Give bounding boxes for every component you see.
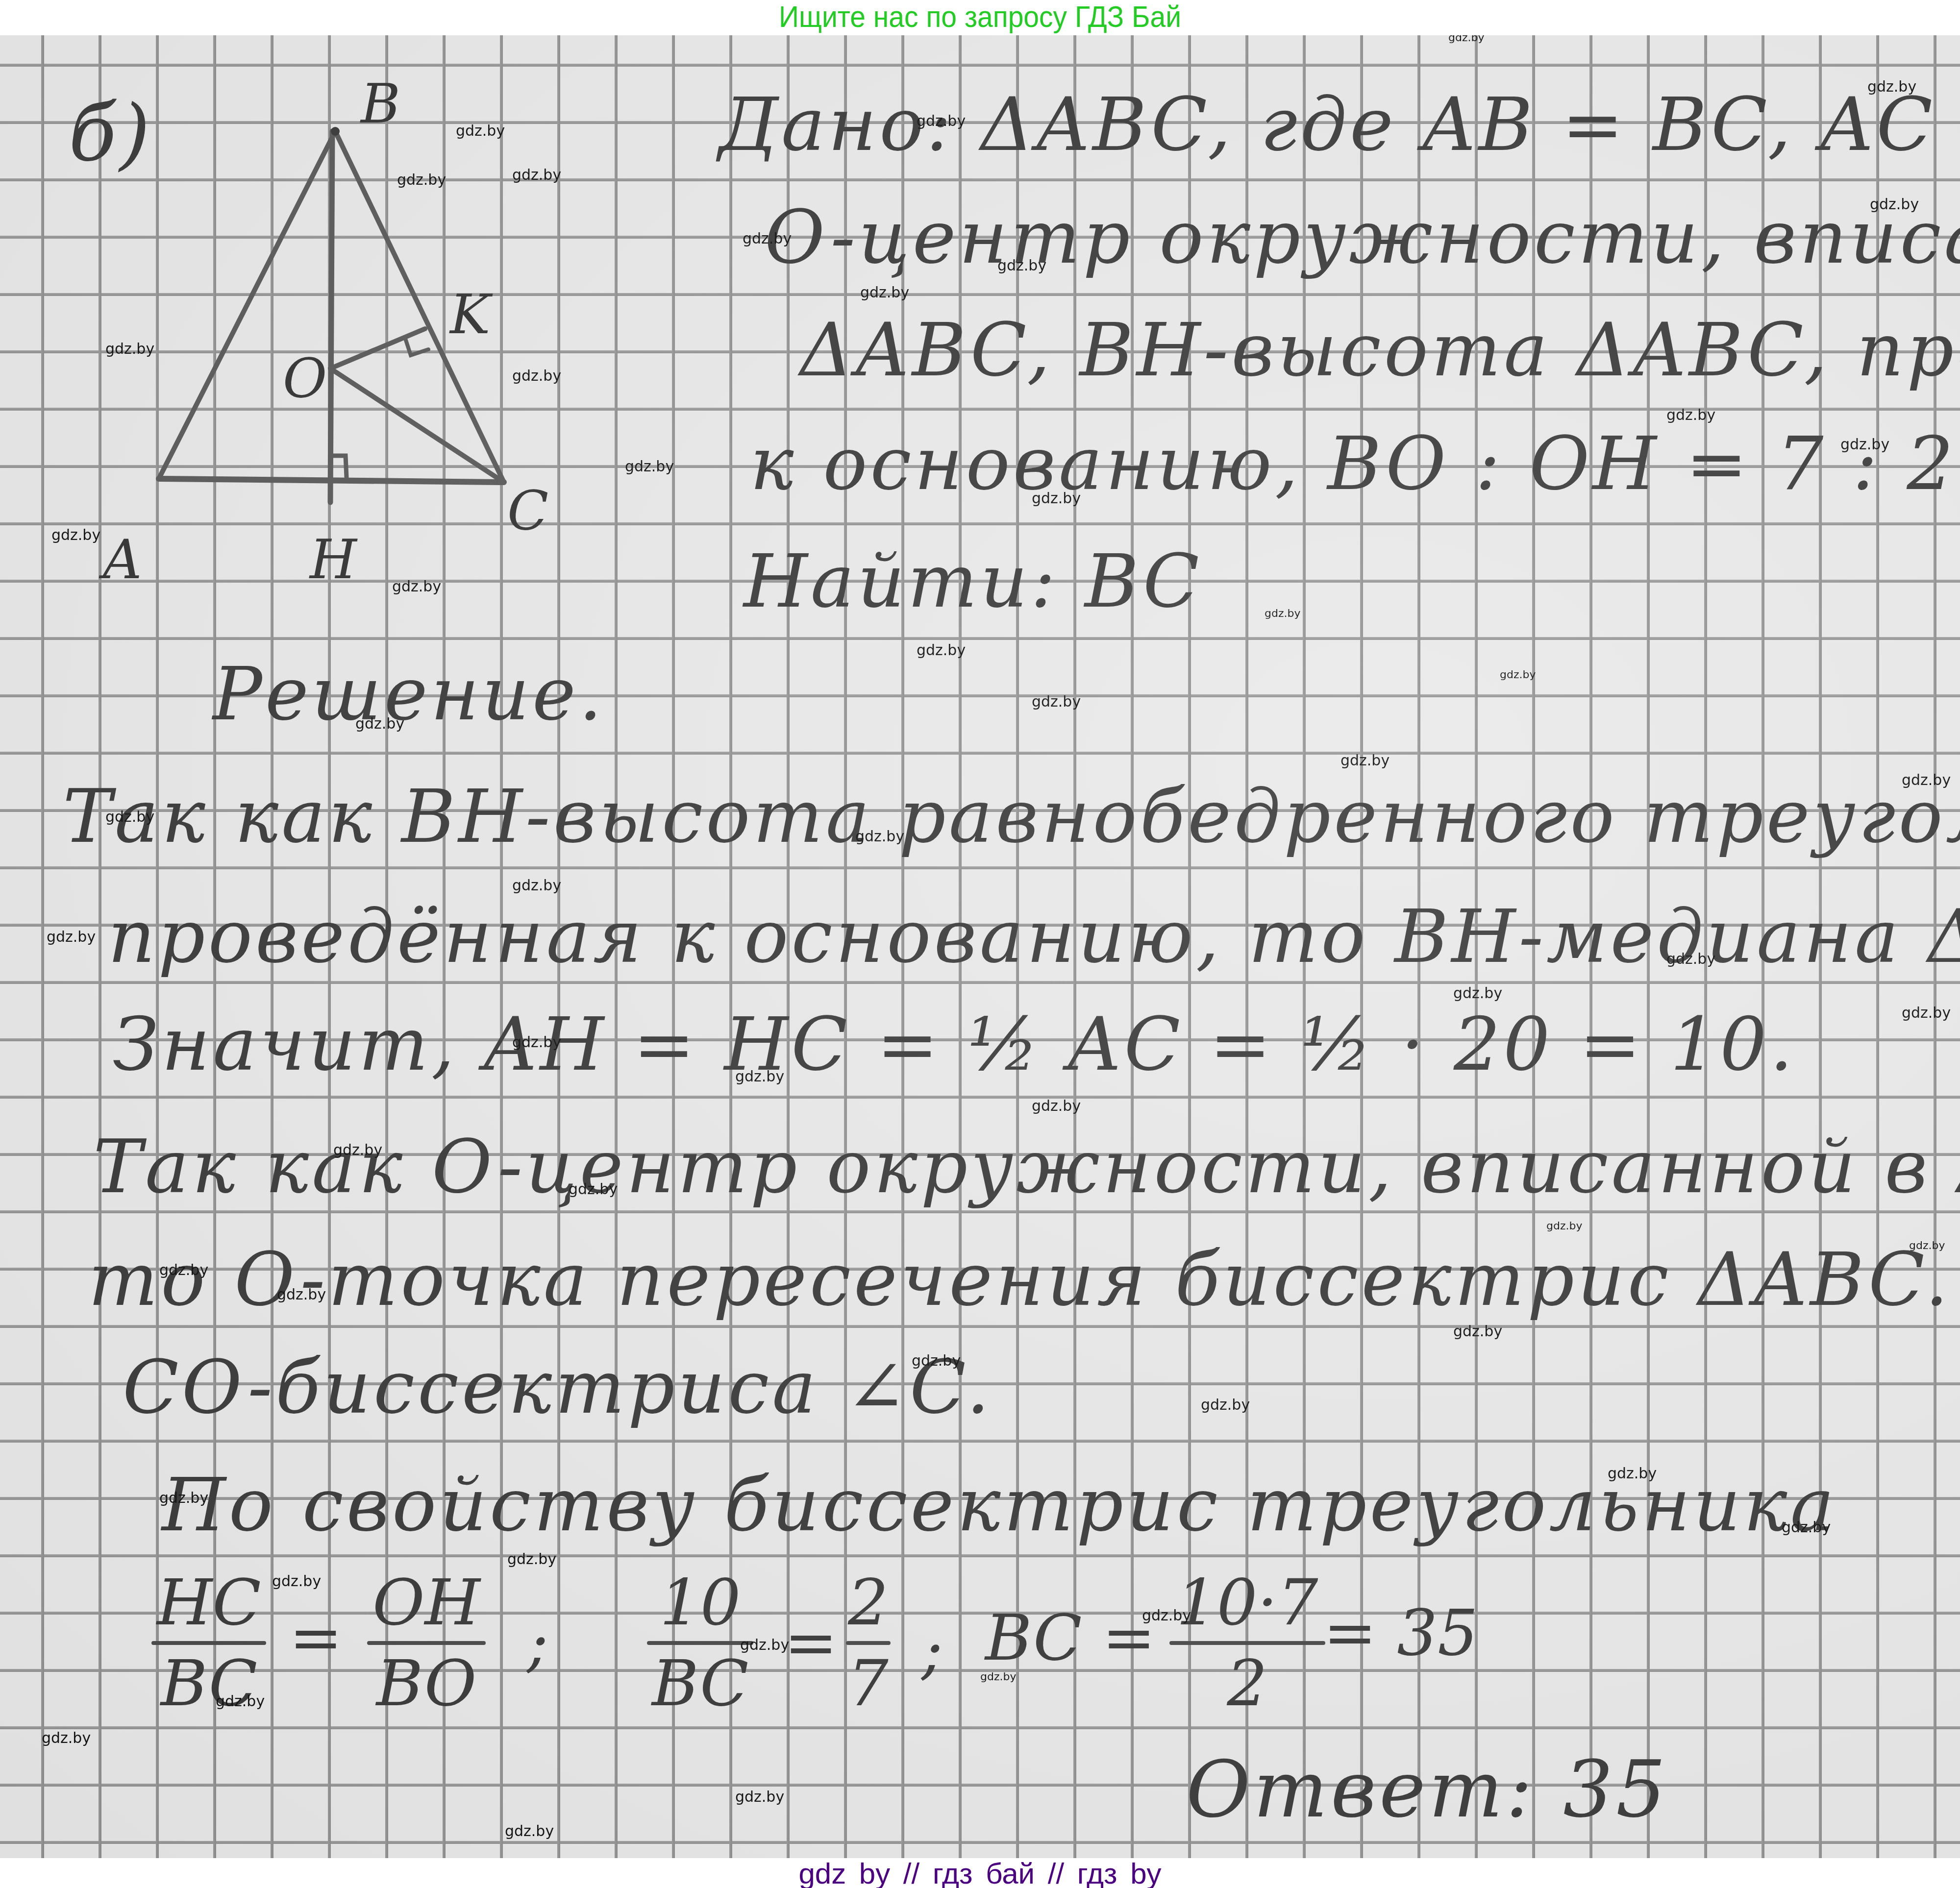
watermark: gdz.by — [42, 1730, 91, 1747]
fraction-denominator: BO — [376, 1650, 477, 1717]
watermark: gdz.by — [1902, 772, 1951, 789]
solution-line-1: Так как BH-высота равнобедренного треуго… — [63, 780, 1960, 854]
fraction-denominator: 7 — [848, 1650, 889, 1717]
watermark: gdz.by — [1666, 951, 1715, 968]
watermark: gdz.by — [507, 1551, 556, 1568]
watermark: gdz.by — [917, 642, 966, 659]
point-b — [331, 127, 340, 136]
watermark: gdz.by — [392, 578, 441, 595]
label-o: O — [283, 347, 327, 410]
watermark: gdz.by — [625, 458, 674, 475]
fraction-oh-bo: OH BO — [372, 1569, 480, 1716]
fraction-numerator: 10 — [660, 1569, 741, 1636]
watermark: gdz.by — [912, 1352, 961, 1370]
separator: ; — [921, 1618, 943, 1682]
equals-sign: = — [289, 1606, 343, 1669]
watermark: gdz.by — [1265, 608, 1300, 620]
solution-line-3: Значит, AH = HC = ½ AC = ½ · 20 = 10. — [113, 1008, 1796, 1081]
find-line: Найти: BC — [744, 545, 1202, 618]
right-angle-mark-k — [405, 337, 428, 355]
watermark: gdz.by — [1782, 1519, 1831, 1536]
watermark: gdz.by — [333, 1142, 382, 1159]
watermark: gdz.by — [740, 1637, 789, 1654]
given-line-3: ΔABC, BH-высота ΔABC, проведённая — [800, 314, 1960, 387]
watermark: gdz.by — [855, 828, 904, 845]
fraction-10x7-2: 10·7 2 — [1176, 1569, 1318, 1716]
altitude-bh — [330, 131, 332, 502]
given-line-1: Дано: ΔABC, где AB = BC, AC = 20, — [719, 88, 1960, 162]
watermark: gdz.by — [1500, 669, 1536, 681]
watermark: gdz.by — [1608, 1465, 1657, 1482]
watermark: gdz.by — [355, 715, 404, 733]
solution-line-6: CO-биссектриса ∠C. — [123, 1351, 992, 1424]
fraction-bar — [151, 1641, 266, 1645]
watermark: gdz.by — [735, 1789, 784, 1806]
watermark: gdz.by — [860, 284, 909, 301]
fraction-denominator: 2 — [1227, 1650, 1267, 1717]
watermark: gdz.by — [997, 257, 1046, 274]
watermark: gdz.by — [512, 1034, 561, 1051]
watermark: gdz.by — [1142, 1607, 1191, 1624]
given-line-2: O-центр окружности, вписанной в — [765, 201, 1960, 274]
watermark: gdz.by — [569, 1181, 618, 1198]
separator: ; — [527, 1611, 548, 1674]
fraction-numerator: 2 — [848, 1569, 889, 1636]
watermark: gdz.by — [159, 1262, 208, 1279]
given-line-4: к основанию, BO : OH = 7 : 2 — [750, 427, 1957, 501]
watermark: gdz.by — [512, 368, 561, 385]
segment-ok — [330, 329, 425, 368]
solution-title: Решение. — [213, 658, 605, 731]
fraction-bar — [647, 1641, 753, 1645]
equals-sign: = — [784, 1611, 838, 1674]
watermark: gdz.by — [216, 1693, 265, 1710]
footer-banner: gdz by // гдз бай // гдз by — [0, 1859, 1960, 1888]
watermark: gdz.by — [1666, 407, 1715, 424]
answer: Ответ: 35 — [1186, 1750, 1669, 1829]
watermark: gdz.by — [917, 113, 966, 130]
label-c: C — [507, 479, 548, 542]
top-banner: Ищите нас по запросу ГДЗ Бай — [78, 0, 1882, 33]
watermark: gdz.by — [1902, 1005, 1951, 1022]
watermark: gdz.by — [1032, 490, 1081, 507]
watermark: gdz.by — [1870, 196, 1919, 213]
watermark: gdz.by — [51, 527, 100, 544]
watermark: gdz.by — [505, 1823, 554, 1840]
watermark: gdz.by — [47, 929, 96, 946]
result: = 35 — [1323, 1601, 1478, 1665]
fraction-bar — [367, 1641, 486, 1645]
label-k: K — [449, 283, 493, 346]
item-label: б) — [69, 94, 153, 172]
watermark: gdz.by — [512, 167, 561, 184]
watermark: gdz.by — [1448, 35, 1484, 44]
watermark: gdz.by — [1909, 1240, 1945, 1252]
watermark: gdz.by — [735, 1068, 784, 1085]
fraction-bar — [846, 1641, 891, 1645]
watermark: gdz.by — [1546, 1220, 1582, 1232]
watermark: gdz.by — [1340, 752, 1389, 769]
fraction-bar — [1169, 1641, 1325, 1645]
watermark: gdz.by — [277, 1286, 326, 1303]
watermark: gdz.by — [1453, 1323, 1502, 1340]
watermark: gdz.by — [272, 1573, 321, 1590]
side-ab — [159, 131, 335, 479]
watermark: gdz.by — [1453, 985, 1502, 1002]
fraction-numerator: OH — [372, 1569, 480, 1636]
watermark: gdz.by — [1840, 436, 1889, 453]
fraction-numerator: HC — [157, 1569, 261, 1636]
solution-line-7: По свойству биссектрис треугольника — [162, 1469, 1837, 1542]
watermark: gdz.by — [105, 341, 154, 358]
label-a: A — [99, 528, 142, 591]
fraction-numerator: 10·7 — [1176, 1569, 1318, 1636]
watermark: gdz.by — [1032, 1098, 1081, 1115]
fraction-denominator: BC — [652, 1650, 748, 1717]
fraction-10-bc: 10 BC — [652, 1569, 748, 1716]
watermark: gdz.by — [105, 809, 154, 826]
solution-line-5: то O-точка пересечения биссектрис ΔABC. … — [88, 1243, 1960, 1317]
watermark: gdz.by — [1201, 1397, 1250, 1414]
fraction-2-7: 2 7 — [848, 1569, 889, 1716]
bc-label: BC = — [985, 1606, 1156, 1669]
watermark: gdz.by — [456, 123, 505, 140]
watermark: gdz.by — [512, 877, 561, 894]
watermark: gdz.by — [159, 1490, 208, 1507]
watermark: gdz.by — [980, 1671, 1016, 1683]
notebook-page: B A C H O K б) Дано: ΔABC, где AB = BC, … — [0, 35, 1960, 1858]
watermark: gdz.by — [1032, 693, 1081, 711]
label-b: B — [360, 73, 400, 135]
label-h: H — [309, 528, 358, 591]
watermark: gdz.by — [743, 230, 792, 247]
watermark: gdz.by — [1867, 78, 1916, 96]
watermark: gdz.by — [397, 172, 446, 189]
